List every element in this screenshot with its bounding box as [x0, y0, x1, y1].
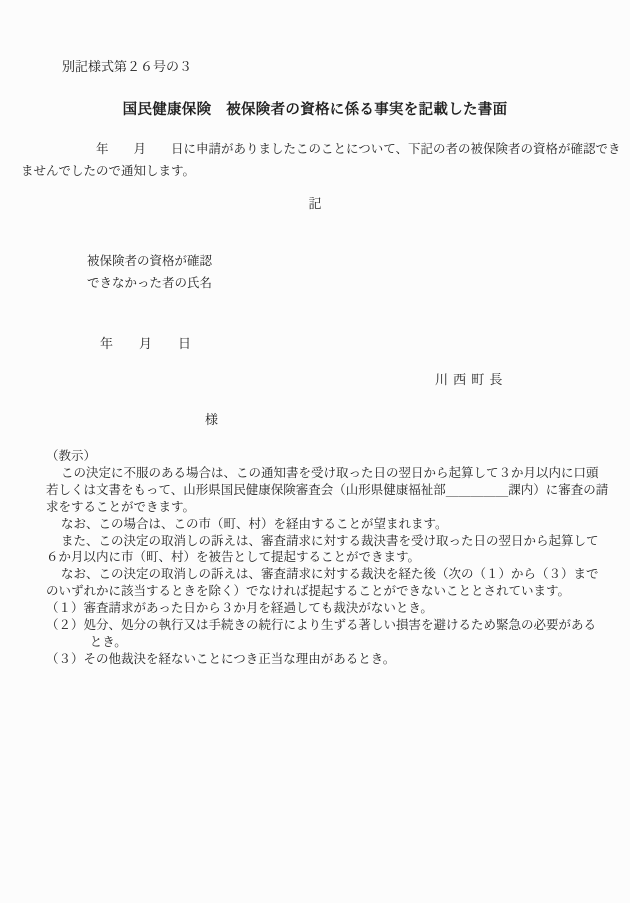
- instructions-line: 若しくは文書をもって、山形県国民健康保険審査会（山形県健康福祉部________…: [46, 482, 612, 499]
- instructions-item-2-continued: とき。: [46, 634, 612, 651]
- instructions-section: （教示） この決定に不服のある場合は、この通知書を受け取った日の翌日から起算して…: [46, 448, 612, 668]
- document-page: 別記様式第２６号の３ 国民健康保険 被保険者の資格に係る事実を記載した書面 年 …: [0, 0, 630, 903]
- recipient-name-label-line-1: 被保険者の資格が確認: [87, 250, 212, 272]
- recipient-name-label-line-2: できなかった者の氏名: [87, 272, 212, 294]
- ki-marker: 記: [0, 193, 630, 212]
- mayor-signature: 川 西 町 長: [435, 369, 503, 388]
- instructions-heading: （教示）: [46, 448, 612, 465]
- issue-date-line: 年 月 日: [100, 333, 191, 352]
- instructions-line: なお、この決定の取消しの訴えは、審査請求に対する裁決を経た後（次の（１）から（３…: [46, 566, 612, 583]
- instructions-line: この決定に不服のある場合は、この通知書を受け取った日の翌日から起算して３か月以内…: [46, 465, 612, 482]
- instructions-item-1: （１）審査請求があった日から３か月を経過しても裁決がないとき。: [46, 600, 612, 617]
- instructions-line: 求をすることができます。: [46, 499, 612, 516]
- instructions-line: のいずれかに該当するときを除く）でなければ提起することができないこととされていま…: [46, 583, 612, 600]
- intro-paragraph: 年 月 日に申請がありましたこのことについて、下記の者の被保険者の資格が確認でき…: [21, 138, 613, 182]
- intro-line-2: ませんでしたので通知します。: [21, 160, 613, 182]
- form-number: 別記様式第２６号の３: [62, 56, 192, 75]
- document-title: 国民健康保険 被保険者の資格に係る事実を記載した書面: [0, 98, 630, 119]
- instructions-line: また、この決定の取消しの訴えは、審査請求に対する裁決書を受け取った日の翌日から起…: [46, 533, 612, 550]
- instructions-item-3: （３）その他裁決を経ないことにつき正当な理由があるとき。: [46, 651, 612, 668]
- instructions-line: ６か月以内に市（町、村）を被告として提起することができます。: [46, 549, 612, 566]
- recipient-name-label: 被保険者の資格が確認 できなかった者の氏名: [87, 250, 212, 295]
- instructions-line: なお、この場合は、この市（町、村）を経由することが望まれます。: [46, 516, 612, 533]
- instructions-item-2: （２）処分、処分の執行又は手続きの続行により生ずる著しい損害を避けるため緊急の必…: [46, 617, 612, 634]
- intro-line-1: 年 月 日に申請がありましたこのことについて、下記の者の被保険者の資格が確認でき: [21, 138, 613, 160]
- honorific-sama: 様: [205, 409, 218, 428]
